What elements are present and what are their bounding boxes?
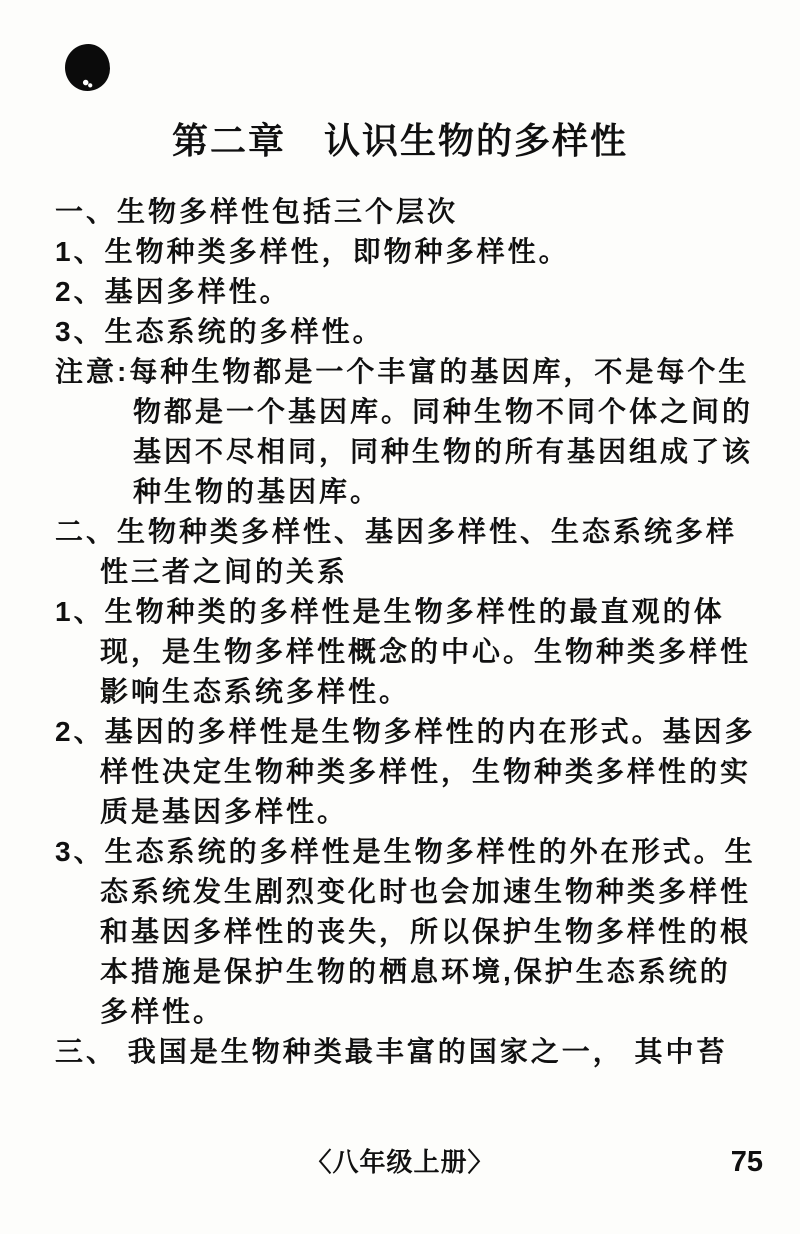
notes-body: 一、生物多样性包括三个层次1、生物种类多样性，即物种多样性。2、基因多样性。3、…	[55, 192, 790, 1072]
text-line: 基因不尽相同，同种生物的所有基因组成了该	[55, 432, 790, 472]
footer-book-label: 〈八年级上册〉	[0, 1142, 800, 1182]
text-line: 2、基因多样性。	[55, 272, 790, 312]
text-line: 态系统发生剧烈变化时也会加速生物种类多样性	[55, 872, 790, 912]
text-line: 性三者之间的关系	[55, 552, 790, 592]
text-line: 1、生物种类的多样性是生物多样性的最直观的体	[55, 592, 790, 632]
chapter-title: 第二章 认识生物的多样性	[0, 116, 800, 166]
page-footer: 〈八年级上册〉 75	[0, 1142, 800, 1186]
text-line: 1、生物种类多样性，即物种多样性。	[55, 232, 790, 272]
ink-blot-mark	[65, 44, 110, 91]
text-line: 3、生态系统的多样性。	[55, 312, 790, 352]
text-line: 3、生态系统的多样性是生物多样性的外在形式。生	[55, 832, 790, 872]
text-line: 2、基因的多样性是生物多样性的内在形式。基因多	[55, 712, 790, 752]
text-line: 注意:每种生物都是一个丰富的基因库，不是每个生	[55, 352, 790, 392]
text-line: 质是基因多样性。	[55, 792, 790, 832]
text-line: 影响生态系统多样性。	[55, 672, 790, 712]
text-line: 三、 我国是生物种类最丰富的国家之一， 其中苔	[55, 1032, 790, 1072]
text-line: 二、生物种类多样性、基因多样性、生态系统多样	[55, 512, 790, 552]
text-line: 样性决定生物种类多样性，生物种类多样性的实	[55, 752, 790, 792]
text-line: 一、生物多样性包括三个层次	[55, 192, 790, 232]
text-line: 多样性。	[55, 992, 790, 1032]
scanned-page: 第二章 认识生物的多样性 一、生物多样性包括三个层次1、生物种类多样性，即物种多…	[0, 0, 800, 1234]
text-line: 本措施是保护生物的栖息环境,保护生态系统的	[55, 952, 790, 992]
text-line: 现，是生物多样性概念的中心。生物种类多样性	[55, 632, 790, 672]
text-line: 种生物的基因库。	[55, 472, 790, 512]
text-line: 物都是一个基因库。同种生物不同个体之间的	[55, 392, 790, 432]
text-line: 和基因多样性的丧失，所以保护生物多样性的根	[55, 912, 790, 952]
page-number: 75	[731, 1142, 763, 1182]
